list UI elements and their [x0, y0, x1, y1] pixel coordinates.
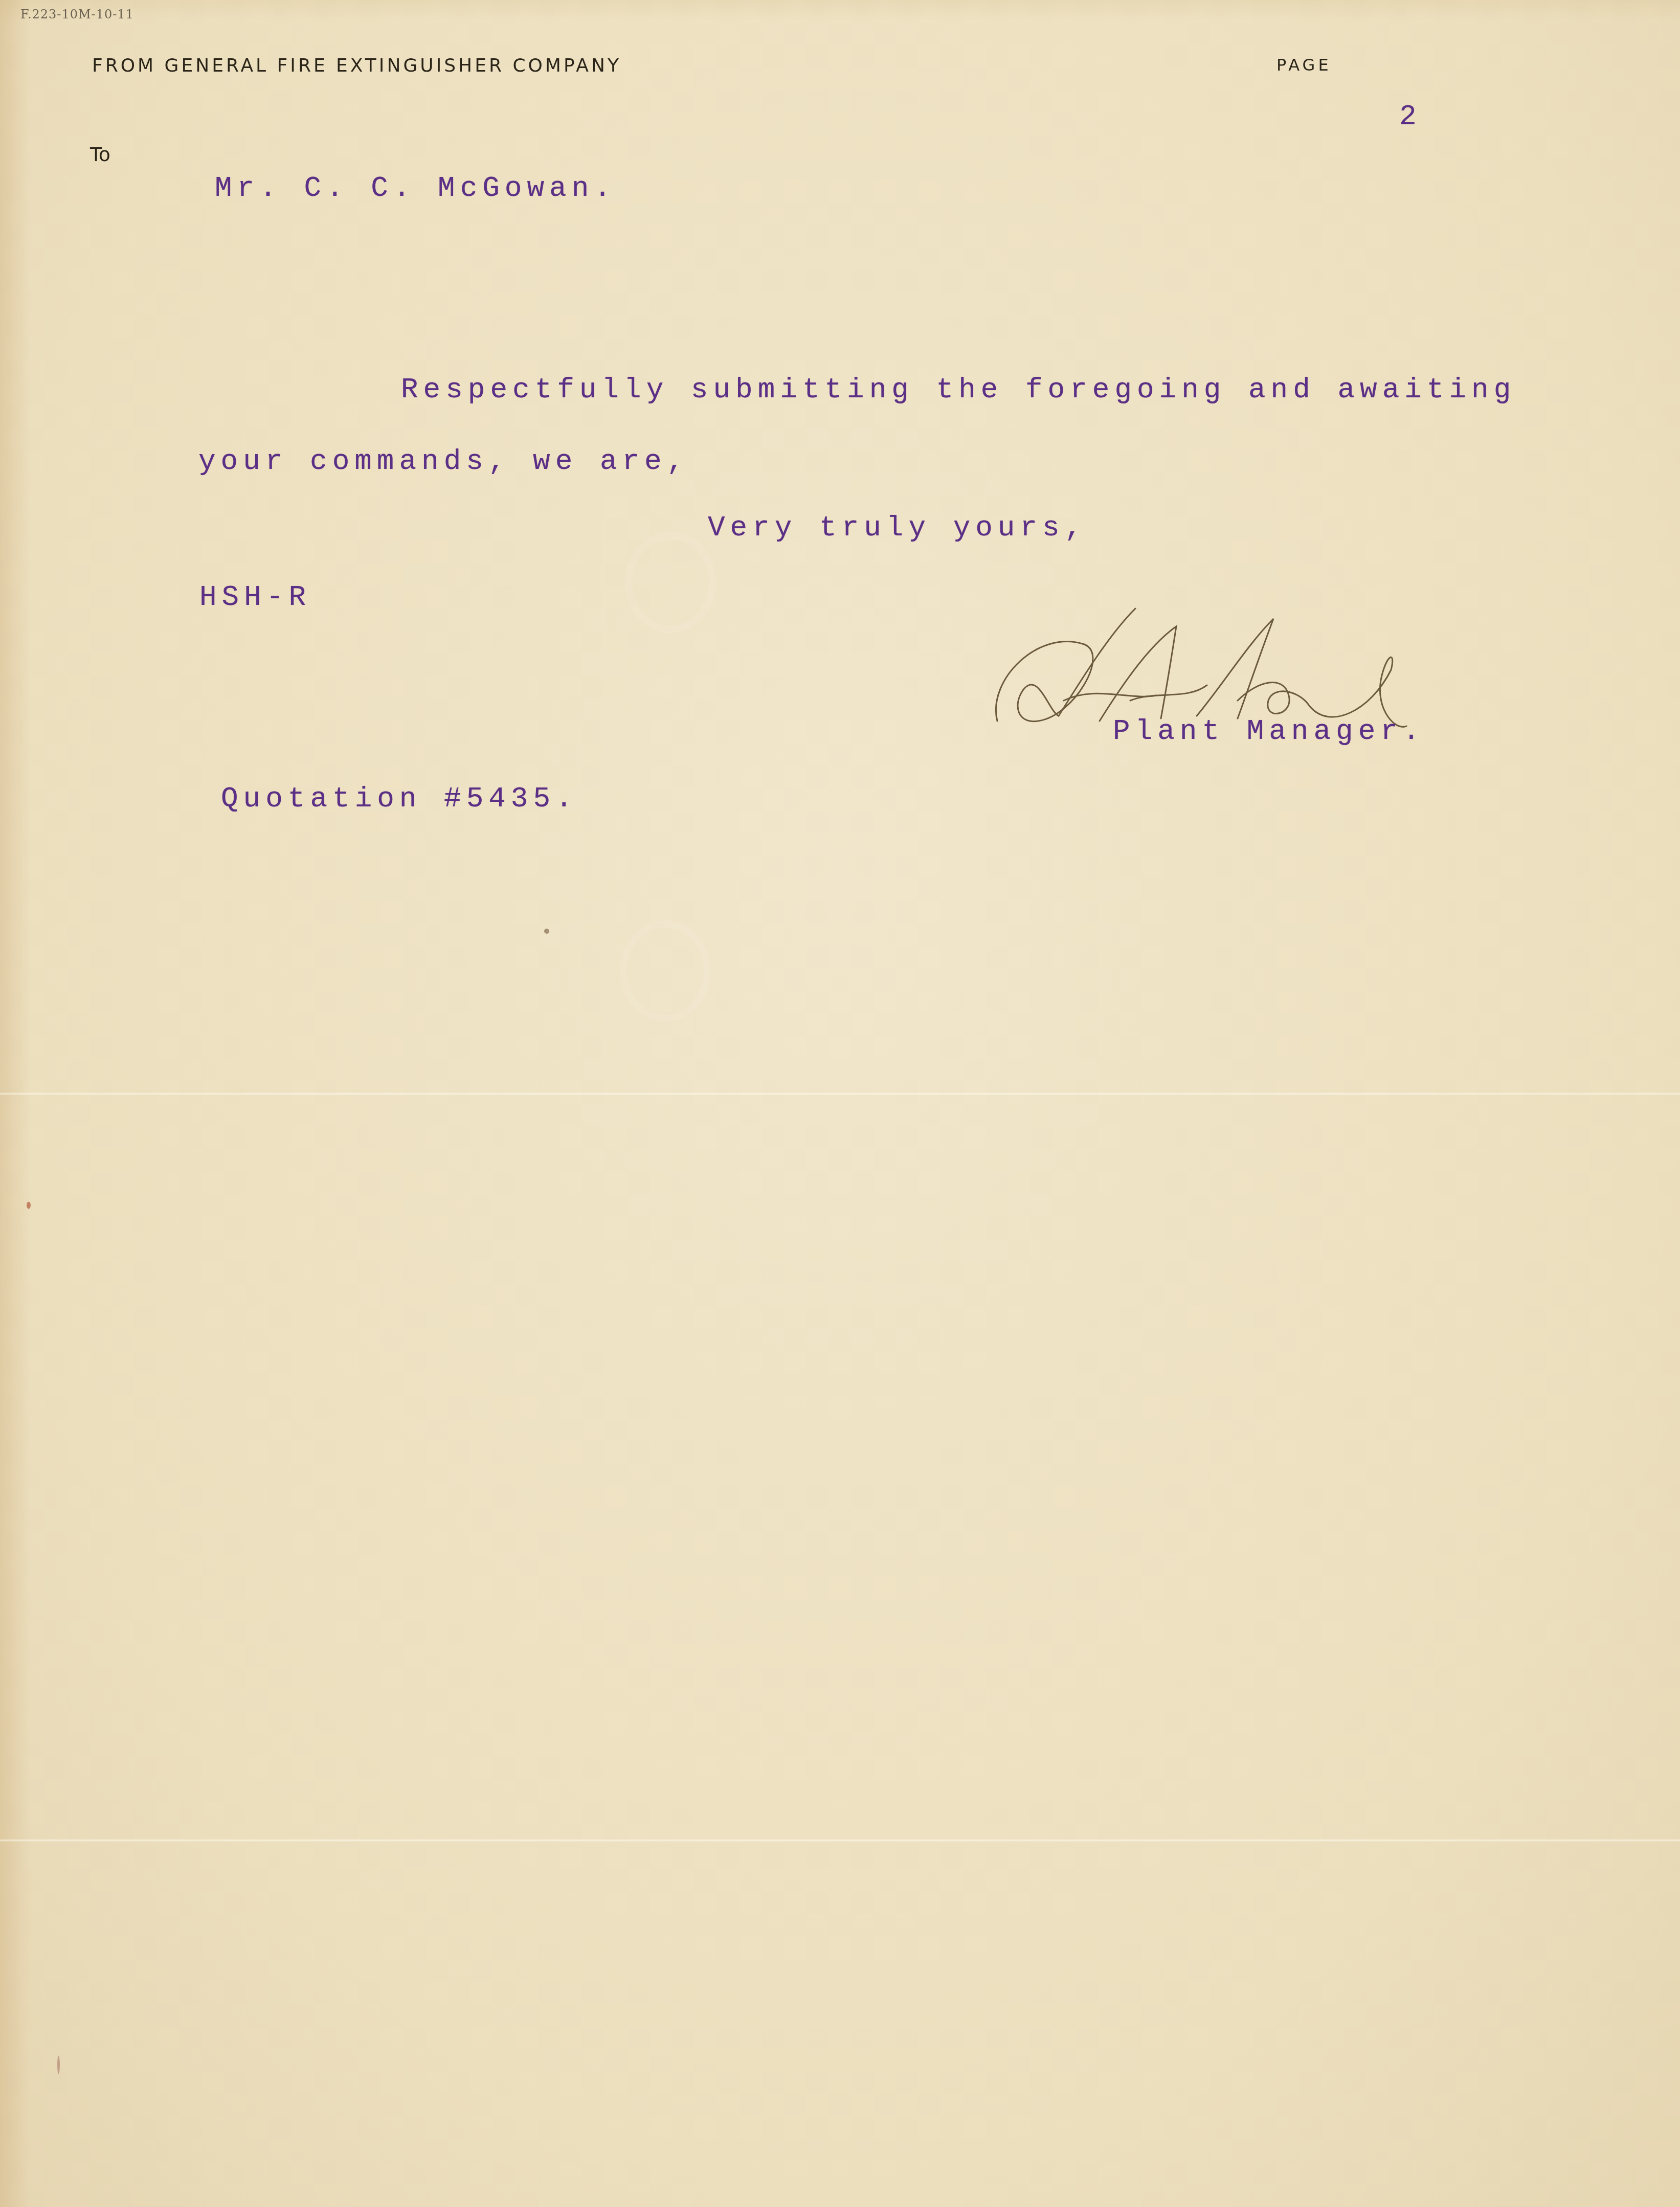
paper-speck — [57, 2056, 60, 2074]
letterhead-to-label: To — [90, 143, 110, 166]
body-line-2: your commands, we are, — [198, 445, 689, 478]
signatory-title: Plant Manager. — [1113, 715, 1425, 748]
closing: Very truly yours, — [708, 511, 1087, 544]
paper-watermark — [603, 409, 737, 1330]
reference-initials: HSH-R — [199, 581, 311, 614]
form-code: F.223-10M-10-11 — [20, 7, 134, 21]
recipient-name: Mr. C. C. McGowan. — [215, 172, 616, 205]
letterhead-from: FROM GENERAL FIRE EXTINGUISHER COMPANY — [92, 55, 621, 76]
page-number: 2 — [1399, 100, 1422, 133]
paper-speck — [544, 929, 549, 934]
quotation-number: Quotation #5435. — [221, 782, 578, 815]
paper-fold-lower — [0, 1839, 1680, 1842]
watermark-circle — [620, 920, 711, 1022]
letterhead-page-label: PAGE — [1276, 55, 1332, 75]
paper-speck — [27, 1202, 31, 1209]
paper-fold-upper — [0, 1092, 1680, 1095]
body-line-1: Respectfully submitting the foregoing an… — [401, 373, 1516, 406]
watermark-circle — [625, 532, 716, 633]
